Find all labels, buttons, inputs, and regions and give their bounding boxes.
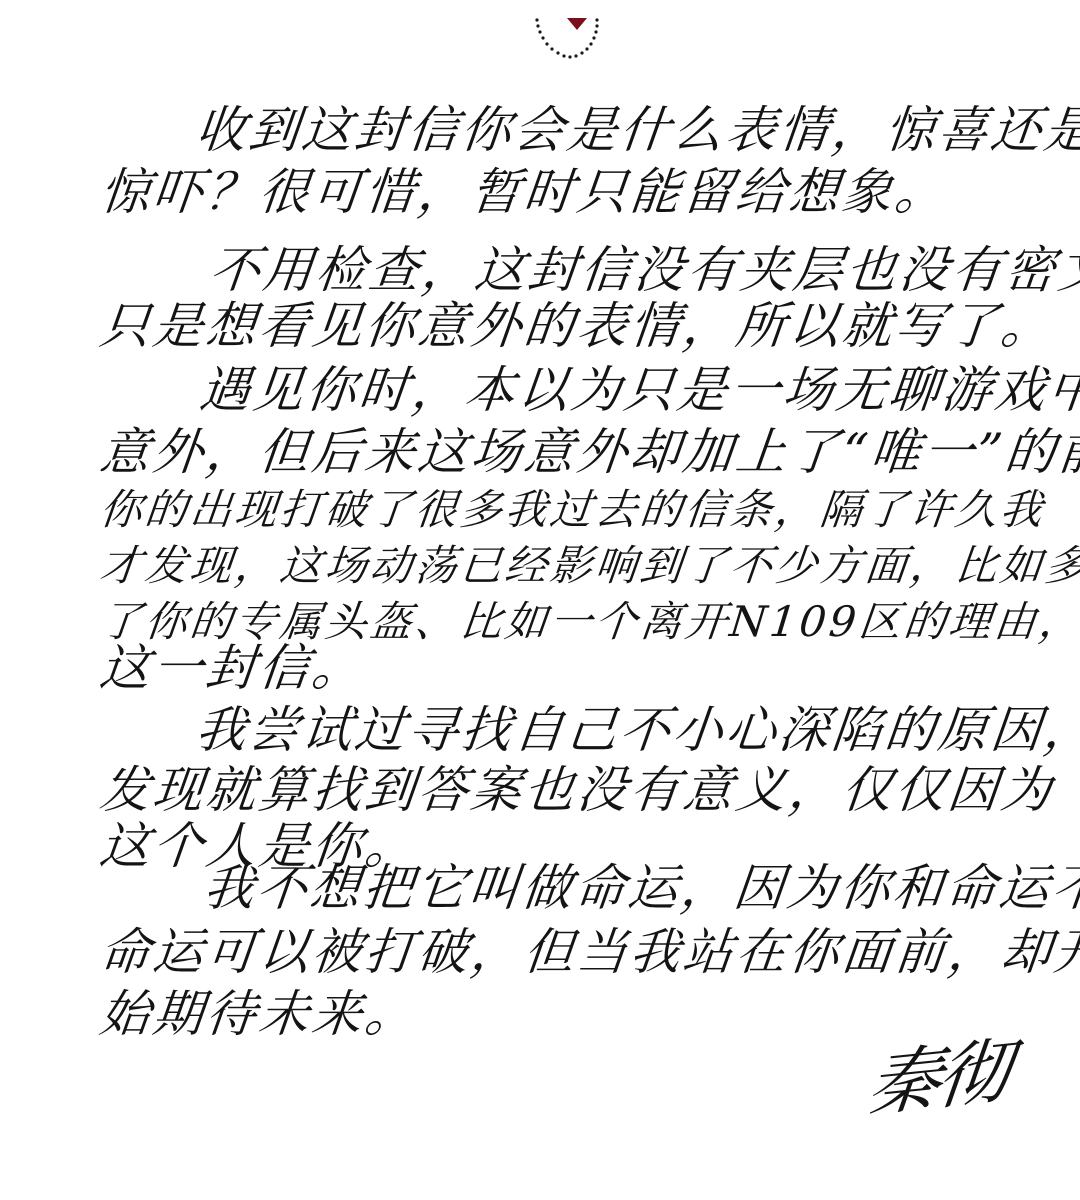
letter-line: 你的出现打破了很多我过去的信条，隔了许久我 (97, 480, 1048, 540)
heart-arrow-ornament-icon (532, 14, 602, 70)
letter-line: 只是想看见你意外的表情，所以就写了。 (97, 296, 1057, 356)
signature: 秦彻 (863, 1013, 1012, 1131)
letter-line: 惊吓？很可惜，暂时只能留给想象。 (97, 162, 951, 222)
letter-line: 意外，但后来这场意外却加上了“唯一”的前缀。 (97, 422, 1080, 482)
letter-line: 这一封信。 (97, 638, 368, 698)
letter-line: 始期待未来。 (97, 984, 421, 1044)
letter-line: 不用检查，这封信没有夹层也没有密文， (207, 240, 1080, 300)
letter-line: 我不想把它叫做命运，因为你和命运不同， (201, 858, 1080, 918)
letter-line: 收到这封信你会是什么表情，惊喜还是 (193, 100, 1080, 160)
letter-line: 命运可以被打破，但当我站在你面前，却开 (97, 922, 1080, 982)
letter-line: 发现就算找到答案也没有意义，仅仅因为 (97, 760, 1057, 820)
letter-line: 遇见你时，本以为只是一场无聊游戏中的 (197, 360, 1080, 420)
letter-line: 我尝试过寻找自己不小心深陷的原因，但 (193, 700, 1080, 760)
letter-line: 才发现，这场动荡已经影响到了不少方面，比如多出 (97, 536, 1080, 596)
